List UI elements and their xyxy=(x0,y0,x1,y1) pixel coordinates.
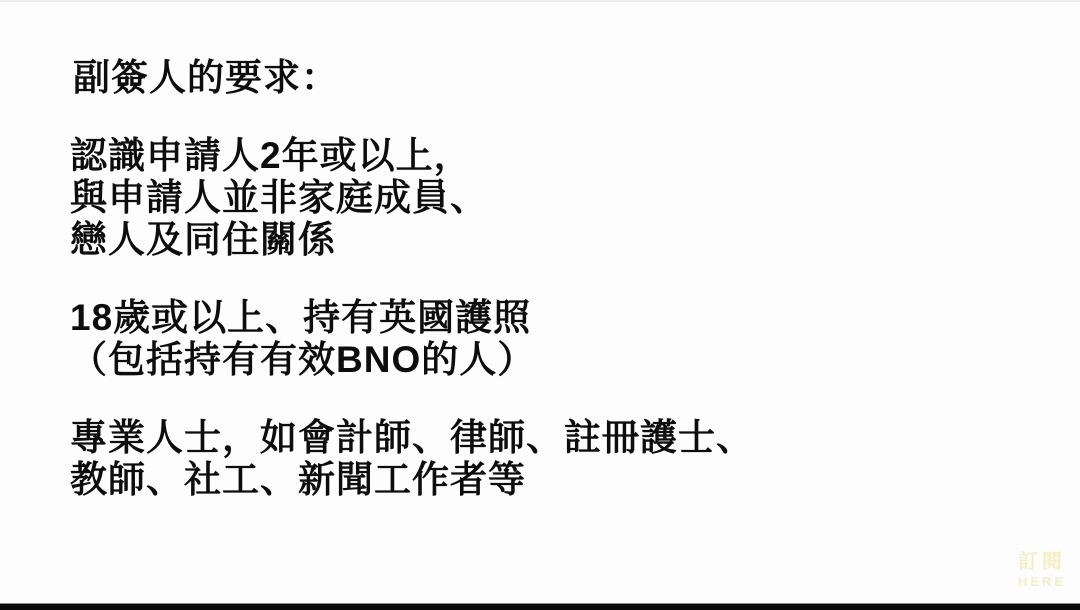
paragraph-age-passport-requirements: 18歲或以上、持有英國護照 （包括持有有效BNO的人） xyxy=(70,297,754,381)
slide-heading: 副簽人的要求： xyxy=(73,57,754,99)
watermark-subscribe-text: 訂閱 xyxy=(1018,552,1066,572)
paragraph-profession-requirements: 專業人士，如會計師、律師、註冊護士、 教師、社工、新聞工作者等 xyxy=(70,417,754,501)
slide-text-block: 副簽人的要求： 認識申請人2年或以上， 與申請人並非家庭成員、 戀人及同住關係 … xyxy=(70,57,754,501)
text-line: 專業人士，如會計師、律師、註冊護士、 xyxy=(70,417,754,459)
text-line: （包括持有有效BNO的人） xyxy=(70,339,754,381)
bottom-border-bar xyxy=(0,603,1080,610)
text-line: 認識申請人2年或以上， xyxy=(70,135,754,177)
paragraph-relationship-requirements: 認識申請人2年或以上， 與申請人並非家庭成員、 戀人及同住關係 xyxy=(70,135,754,261)
top-border-hairline xyxy=(0,0,1080,2)
subscribe-watermark: 訂閱 HERE xyxy=(1018,552,1066,588)
text-line: 18歲或以上、持有英國護照 xyxy=(70,297,754,339)
text-line: 教師、社工、新聞工作者等 xyxy=(70,459,754,501)
text-line: 戀人及同住關係 xyxy=(70,219,754,261)
watermark-here-text: HERE xyxy=(1018,575,1066,588)
text-line: 與申請人並非家庭成員、 xyxy=(70,177,754,219)
